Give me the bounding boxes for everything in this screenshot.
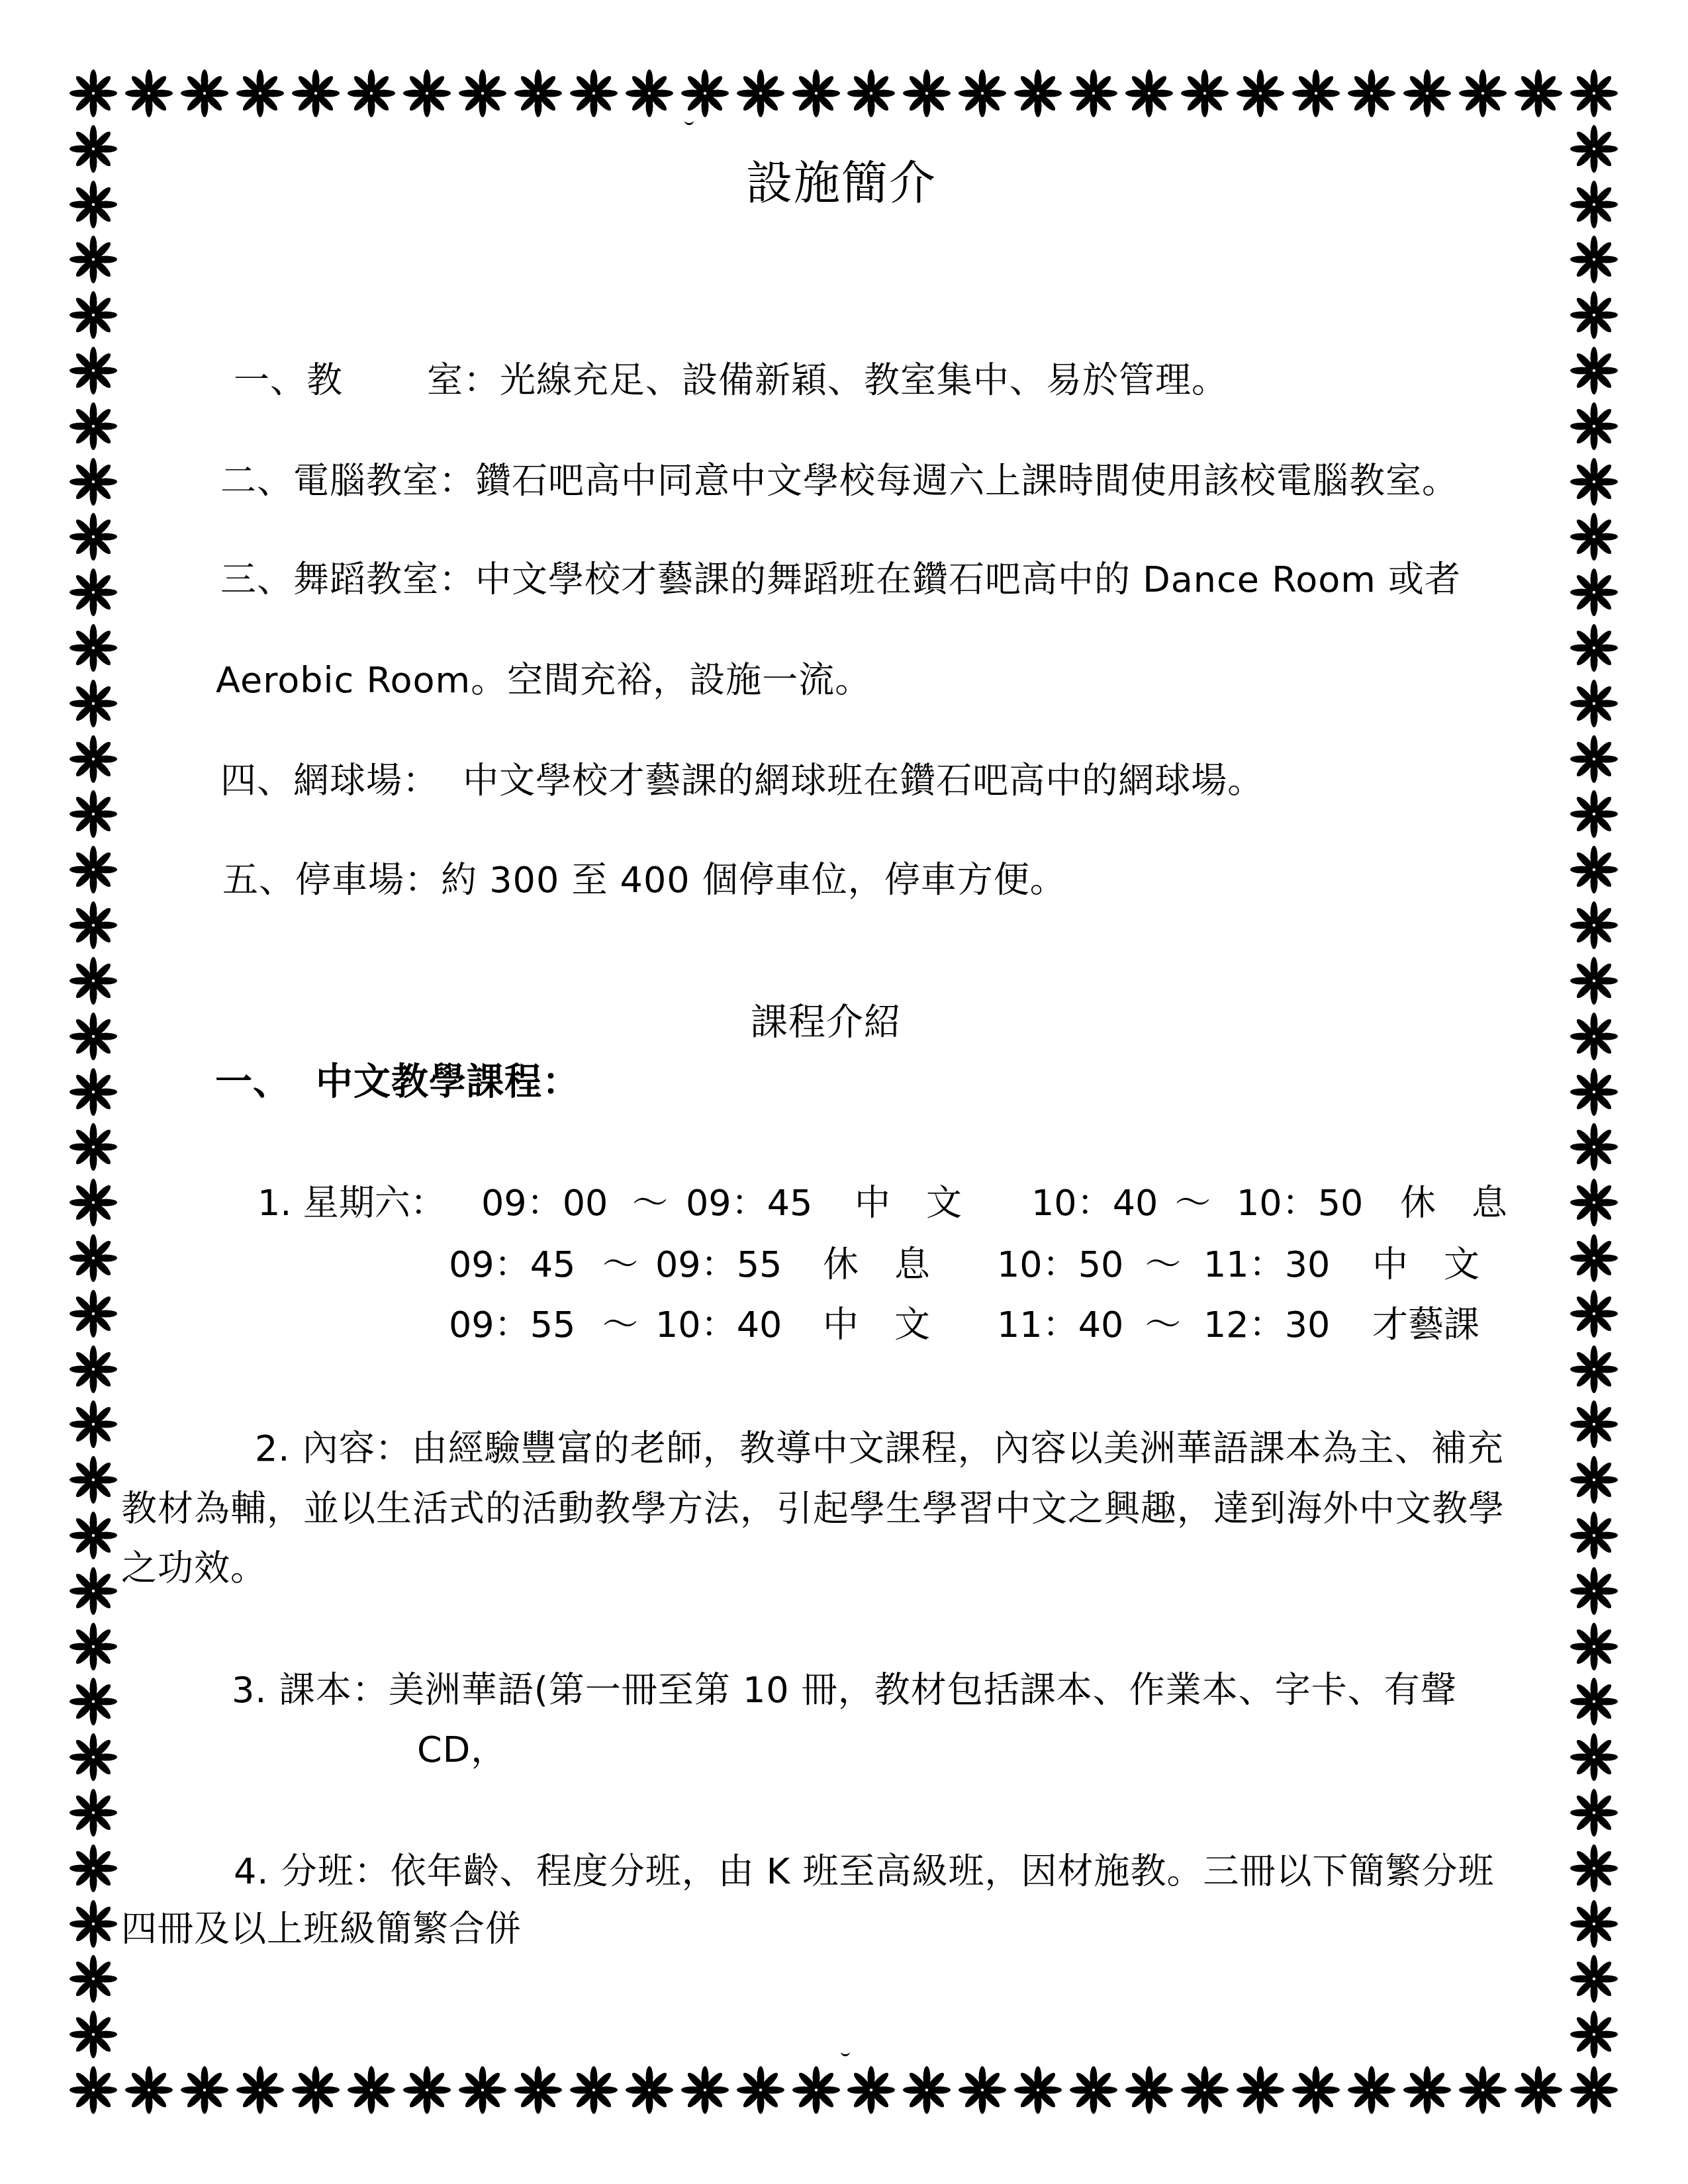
- schedule-end: 10：40: [655, 1307, 782, 1343]
- flower-icon: [1569, 1233, 1619, 1283]
- schedule-end: 09：55: [655, 1247, 782, 1283]
- flower-icon: [1346, 68, 1397, 118]
- flower-icon: [68, 1177, 118, 1228]
- flower-icon: [68, 290, 118, 340]
- schedule-sep: ～: [602, 1307, 638, 1343]
- flower-icon: [680, 68, 730, 118]
- flower-icon: [1291, 2065, 1341, 2115]
- flower-icon: [1569, 68, 1619, 118]
- flower-icon: [68, 1455, 118, 1505]
- flower-icon: [791, 68, 841, 118]
- flower-icon: [1124, 68, 1174, 118]
- flower-icon: [68, 1732, 118, 1782]
- content-line-1: 2. 內容：由經驗豐富的老師，教導中文課程，內容以美洲華語課本為主、補充: [255, 1431, 1504, 1467]
- flower-icon: [1569, 844, 1619, 895]
- flower-icon: [1569, 345, 1619, 396]
- schedule-start: 09：55: [449, 1307, 575, 1343]
- facility-item-classroom-text: 室：光線充足、設備新穎、教室集中、易於管理。: [427, 363, 1228, 398]
- flower-icon: [457, 68, 508, 118]
- flower-icon: [402, 2065, 452, 2115]
- flower-icon: [957, 2065, 1008, 2115]
- facility-item-dance-room-cont: Aerobic Room。空間充裕，設施一流。: [216, 662, 871, 698]
- flower-icon: [1180, 2065, 1230, 2115]
- flower-icon: [1569, 1510, 1619, 1561]
- flower-icon: [1513, 68, 1564, 118]
- facilities-title: 設施簡介: [746, 160, 937, 206]
- flower-icon: [1068, 68, 1119, 118]
- flower-icon: [68, 1899, 118, 1949]
- flower-icon: [68, 457, 118, 507]
- flower-icon: [1569, 1566, 1619, 1616]
- flower-icon: [1569, 1177, 1619, 1228]
- flower-icon: [235, 2065, 285, 2115]
- flower-icon: [513, 2065, 563, 2115]
- schedule-subject: 休 息: [1400, 1185, 1507, 1221]
- flower-icon: [68, 1843, 118, 1893]
- flower-icon: [124, 2065, 174, 2115]
- schedule-sep: ～: [602, 1247, 638, 1283]
- flower-icon: [1569, 734, 1619, 784]
- flower-icon: [1569, 457, 1619, 507]
- schedule-start: 09：00: [481, 1185, 608, 1221]
- flower-icon: [1569, 512, 1619, 562]
- schedule-end: 12：30: [1203, 1307, 1330, 1343]
- flower-icon: [1569, 956, 1619, 1006]
- flower-icon: [1569, 1122, 1619, 1172]
- flower-icon: [124, 68, 174, 118]
- flower-icon: [957, 68, 1008, 118]
- flower-icon: [235, 68, 285, 118]
- flower-icon: [68, 2065, 118, 2115]
- schedule-sep: ～: [1175, 1185, 1211, 1221]
- flower-icon: [68, 1954, 118, 2004]
- courses-title: 課程介紹: [751, 1004, 902, 1041]
- content-line-2: 教材為輔，並以生活式的活動教學方法，引起學生學習中文之興趣，達到海外中文教學: [121, 1491, 1505, 1527]
- flower-icon: [1235, 2065, 1286, 2115]
- schedule-sep: ～: [1145, 1307, 1181, 1343]
- schedule-start: 09：45: [449, 1247, 575, 1283]
- scan-mark: [684, 120, 694, 125]
- flower-icon: [735, 2065, 786, 2115]
- flower-icon: [1569, 1954, 1619, 2004]
- flower-icon: [68, 1621, 118, 1672]
- section-title: 中文教學課程：: [316, 1064, 580, 1101]
- flower-icon: [68, 956, 118, 1006]
- flower-icon: [1013, 2065, 1063, 2115]
- flower-icon: [1569, 234, 1619, 285]
- schedule-sep: ～: [632, 1185, 668, 1221]
- section-number: 一、: [215, 1064, 291, 1101]
- flower-icon: [1569, 2065, 1619, 2115]
- schedule-end: 10：50: [1237, 1185, 1363, 1221]
- flower-icon: [1402, 68, 1452, 118]
- facility-item-computer-room: 二、電腦教室：鑽石吧高中同意中文學校每週六上課時間使用該校電腦教室。: [220, 463, 1458, 499]
- flower-icon: [1235, 68, 1286, 118]
- flower-icon: [68, 900, 118, 950]
- flower-icon: [624, 68, 675, 118]
- flower-icon: [902, 68, 952, 118]
- flower-icon: [1569, 1676, 1619, 1727]
- flower-icon: [735, 68, 786, 118]
- flower-icon: [1569, 900, 1619, 950]
- flower-icon: [1458, 2065, 1508, 2115]
- schedule-end: 09：45: [686, 1185, 812, 1221]
- flower-icon: [1569, 1289, 1619, 1339]
- flower-icon: [1180, 68, 1230, 118]
- flower-icon: [1569, 290, 1619, 340]
- facility-item-parking: 五、停車場：約 300 至 400 個停車位，停車方便。: [222, 862, 1066, 898]
- flower-icon: [680, 2065, 730, 2115]
- flower-icon: [1569, 1399, 1619, 1449]
- flower-icon: [1569, 401, 1619, 451]
- flower-icon: [346, 68, 397, 118]
- flower-icon: [1569, 1899, 1619, 1949]
- flower-icon: [402, 68, 452, 118]
- schedule-start: 10：50: [997, 1247, 1123, 1283]
- flower-icon: [1124, 2065, 1174, 2115]
- flower-icon: [1569, 2009, 1619, 2060]
- flower-icon: [68, 1399, 118, 1449]
- flower-icon: [68, 124, 118, 174]
- flower-icon: [68, 844, 118, 895]
- flower-icon: [68, 734, 118, 784]
- flower-icon: [68, 1067, 118, 1117]
- flower-icon: [846, 2065, 896, 2115]
- flower-icon: [1569, 1732, 1619, 1782]
- facility-item-tennis-court: 四、網球場： 中文學校才藝課的網球班在鑽石吧高中的網球場。: [220, 763, 1264, 799]
- flower-icon: [68, 68, 118, 118]
- flower-icon: [1013, 68, 1063, 118]
- flower-icon: [68, 401, 118, 451]
- flower-icon: [68, 1510, 118, 1561]
- flower-icon: [68, 1233, 118, 1283]
- flower-icon: [291, 2065, 341, 2115]
- flower-icon: [1291, 68, 1341, 118]
- flower-icon: [68, 2009, 118, 2060]
- flower-icon: [68, 1289, 118, 1339]
- schedule-sep: ～: [1145, 1247, 1181, 1283]
- flower-icon: [1402, 2065, 1452, 2115]
- facility-item-dance-room: 三、舞蹈教室：中文學校才藝課的舞蹈班在鑽石吧高中的 Dance Room 或者: [220, 562, 1461, 598]
- schedule-start: 11：40: [997, 1307, 1123, 1343]
- schedule-subject: 中 文: [855, 1185, 962, 1221]
- flower-icon: [68, 1566, 118, 1616]
- flower-icon: [1569, 567, 1619, 617]
- schedule-subject: 休 息: [823, 1247, 930, 1283]
- flower-icon: [68, 678, 118, 729]
- flower-icon: [1569, 1621, 1619, 1672]
- content-line-3: 之功效。: [121, 1551, 267, 1586]
- flower-icon: [457, 2065, 508, 2115]
- flower-icon: [569, 68, 619, 118]
- flower-icon: [68, 512, 118, 562]
- schedule-subject: 才藝課: [1372, 1307, 1479, 1343]
- flower-icon: [1513, 2065, 1564, 2115]
- schedule-subject: 中 文: [823, 1307, 930, 1343]
- flower-icon: [68, 345, 118, 396]
- flower-icon: [624, 2065, 675, 2115]
- document-page: 設施簡介 一、教 室：光線充足、設備新穎、教室集中、易於管理。 二、電腦教室：鑽…: [0, 0, 1688, 2184]
- flower-icon: [902, 2065, 952, 2115]
- flower-icon: [179, 2065, 230, 2115]
- flower-icon: [1068, 2065, 1119, 2115]
- flower-icon: [68, 1122, 118, 1172]
- schedule-subject: 中 文: [1372, 1247, 1479, 1283]
- flower-icon: [68, 1011, 118, 1062]
- placement-line-1: 4. 分班：依年齡、程度分班，由 K 班至高級班，因材施教。三冊以下簡繁分班: [234, 1854, 1494, 1889]
- flower-icon: [1569, 1344, 1619, 1394]
- flower-icon: [1569, 1455, 1619, 1505]
- facility-item-classroom-label: 一、教: [234, 363, 343, 398]
- flower-icon: [346, 2065, 397, 2115]
- flower-icon: [1569, 1011, 1619, 1062]
- flower-icon: [569, 2065, 619, 2115]
- flower-icon: [68, 567, 118, 617]
- flower-icon: [1569, 1843, 1619, 1893]
- flower-icon: [1569, 678, 1619, 729]
- flower-icon: [846, 68, 896, 118]
- flower-icon: [68, 1676, 118, 1727]
- schedule-end: 11：30: [1203, 1247, 1330, 1283]
- schedule-day-label: 1. 星期六：: [258, 1185, 446, 1221]
- flower-icon: [68, 623, 118, 673]
- schedule-start: 10：40: [1031, 1185, 1158, 1221]
- flower-icon: [1569, 623, 1619, 673]
- flower-icon: [1346, 2065, 1397, 2115]
- placement-line-2: 四冊及以上班級簡繁合併: [121, 1911, 522, 1947]
- flower-icon: [291, 68, 341, 118]
- flower-icon: [68, 1788, 118, 1838]
- flower-icon: [68, 789, 118, 839]
- flower-icon: [179, 68, 230, 118]
- flower-icon: [1569, 789, 1619, 839]
- textbook-line-1: 3. 課本：美洲華語(第一冊至第 10 冊，教材包括課本、作業本、字卡、有聲: [232, 1672, 1457, 1708]
- flower-icon: [513, 68, 563, 118]
- flower-icon: [1569, 1067, 1619, 1117]
- flower-icon: [1458, 68, 1508, 118]
- flower-icon: [1569, 1788, 1619, 1838]
- flower-icon: [68, 179, 118, 230]
- flower-icon: [1569, 179, 1619, 230]
- textbook-line-2: CD，: [417, 1732, 507, 1768]
- flower-icon: [791, 2065, 841, 2115]
- scan-mark: [841, 2052, 850, 2056]
- flower-icon: [68, 1344, 118, 1394]
- flower-icon: [1569, 124, 1619, 174]
- flower-icon: [68, 234, 118, 285]
